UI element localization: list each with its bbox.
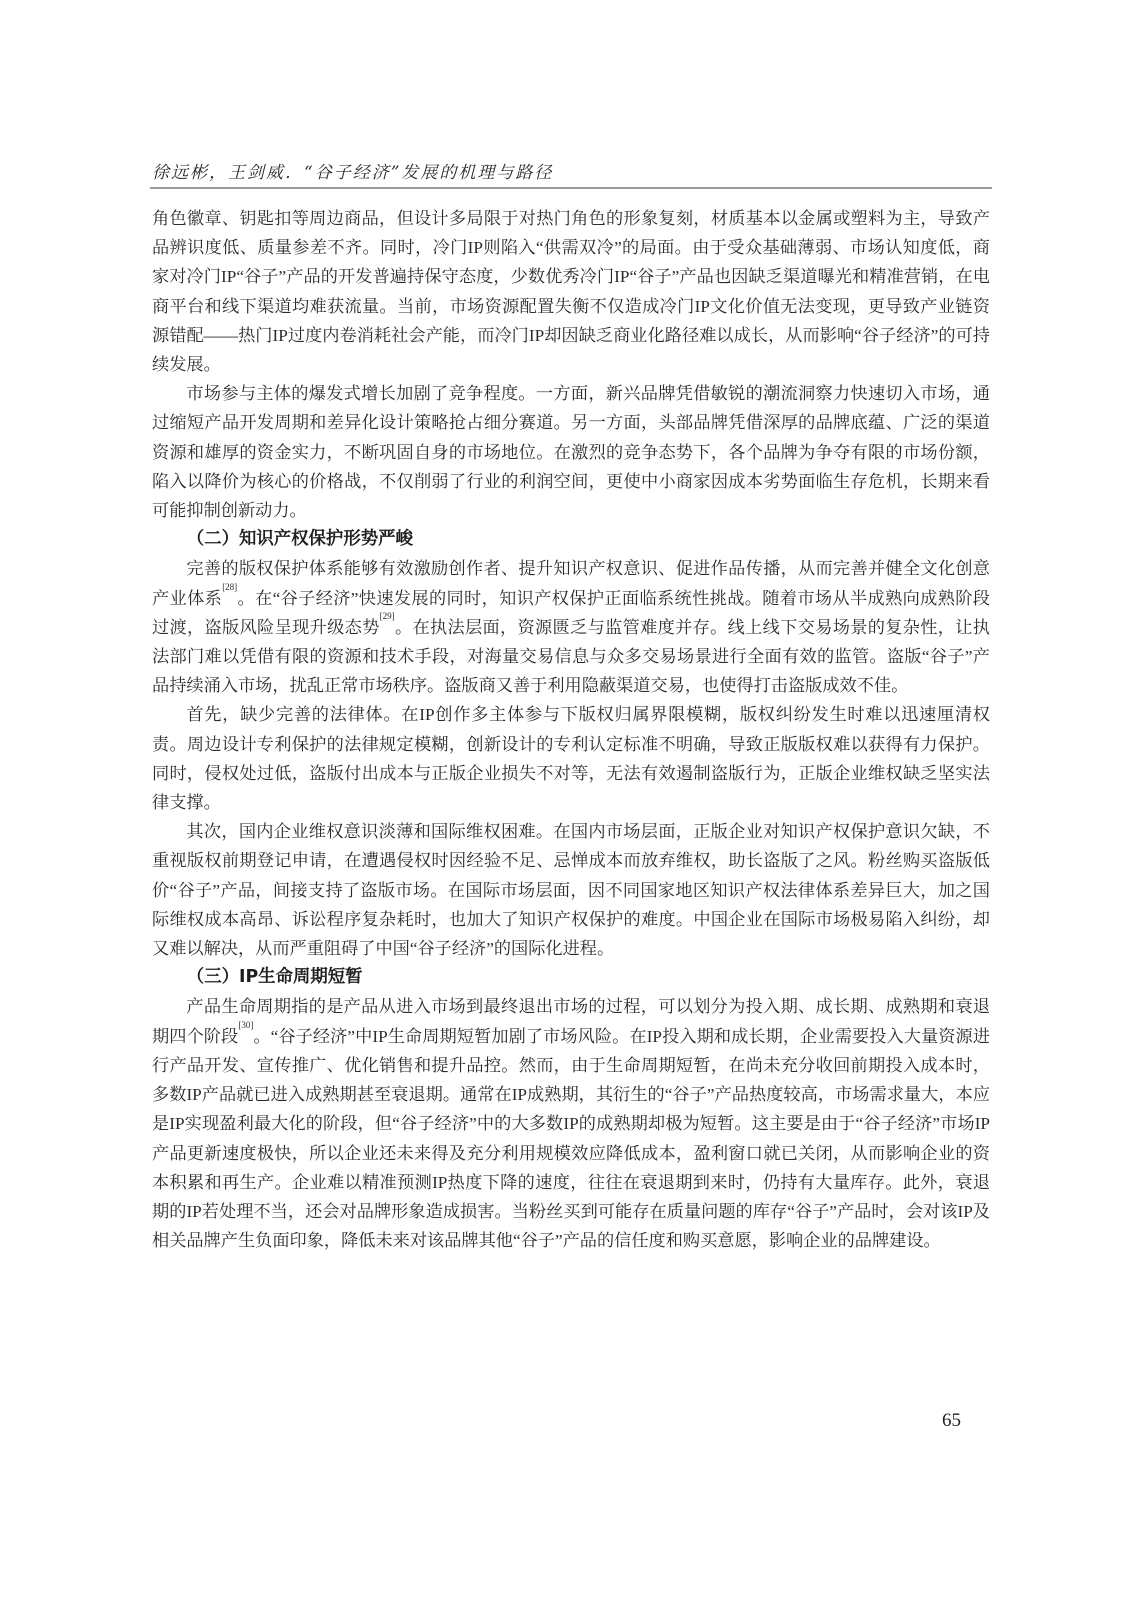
running-header: 徐远彬，王剑威．“谷子经济”发展的机理与路径 [152, 158, 990, 183]
article-body: 角色徽章、钥匙扣等周边商品，但设计多局限于对热门角色的形象复刻，材质基本以金属或… [152, 204, 990, 1255]
paragraph-competition: 市场参与主体的爆发式增长加剧了竞争程度。一方面，新兴品牌凭借敏锐的潮流洞察力快速… [152, 379, 990, 525]
paragraph-ip-lifecycle: 产品生命周期指的是产品从进入市场到最终退出市场的过程，可以划分为投入期、成长期、… [152, 992, 990, 1255]
section-heading-ip-lifecycle: （三）IP生命周期短暂 [152, 963, 990, 992]
page-number: 65 [942, 1410, 961, 1432]
citation-30: [30] [238, 1020, 253, 1030]
header-rule [150, 187, 992, 189]
citation-28: [28] [222, 582, 237, 592]
paragraph-continued: 角色徽章、钥匙扣等周边商品，但设计多局限于对热门角色的形象复刻，材质基本以金属或… [152, 204, 990, 379]
paragraph-legal-system: 首先，缺少完善的法律体。在IP创作多主体参与下版权归属界限模糊，版权纠纷发生时难… [152, 700, 990, 817]
paragraph-rights-awareness: 其次，国内企业维权意识淡薄和国际维权困难。在国内市场层面，正版企业对知识产权保护… [152, 817, 990, 963]
section-heading-ip-protection: （二）知识产权保护形势严峻 [152, 525, 990, 554]
text-span: 。“谷子经济”中IP生命周期短暂加剧了市场风险。在IP投入期和成长期，企业需要投… [152, 1027, 990, 1250]
paragraph-ip-protection-intro: 完善的版权保护体系能够有效激励创作者、提升知识产权意识、促进作品传播，从而完善并… [152, 554, 990, 700]
citation-29: [29] [380, 611, 395, 621]
